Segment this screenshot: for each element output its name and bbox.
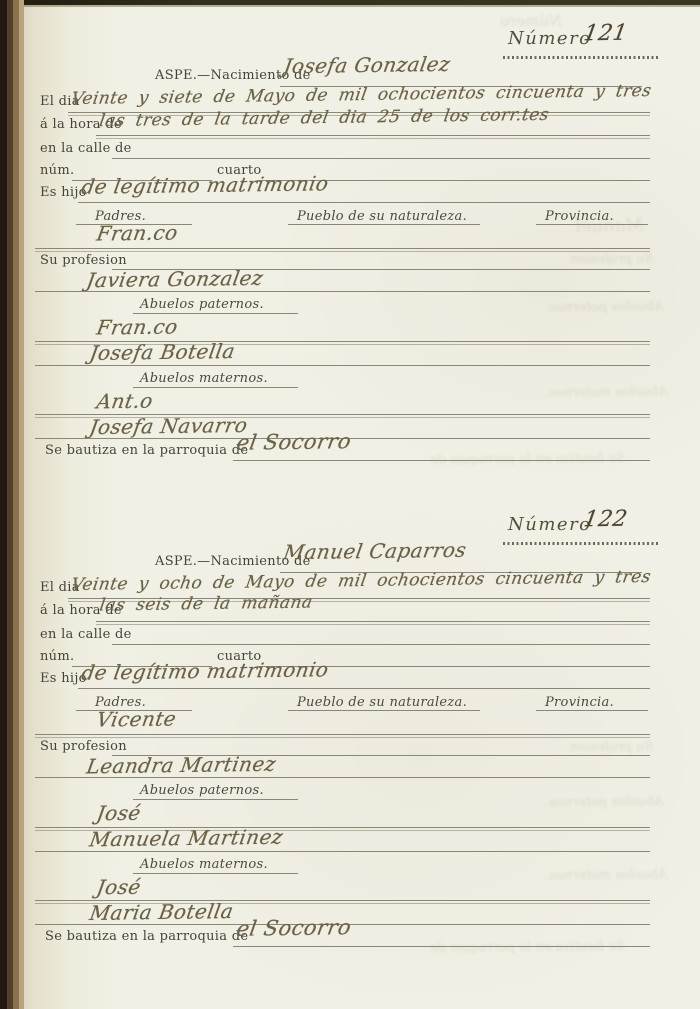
provincia-header: Provincia.	[545, 695, 614, 710]
pueblo-header: Pueblo de su naturaleza.	[297, 695, 467, 710]
abuelos-paternos-label: Abuelos paternos.	[140, 297, 264, 312]
abuelo-paterno-name: Fran.co	[95, 314, 180, 339]
form-rule	[233, 460, 650, 461]
form-rule	[536, 710, 648, 711]
form-rule	[233, 946, 650, 947]
num-label: núm.	[40, 163, 74, 178]
form-rule	[35, 365, 650, 366]
abuelos-paternos-label: Abuelos paternos.	[140, 783, 264, 798]
numero-label: Número	[508, 28, 592, 49]
madre-name: Leandra Martinez	[85, 752, 278, 779]
padre-name: Fran.co	[95, 220, 180, 245]
form-rule	[536, 224, 648, 225]
calle-label: en la calle de	[40, 627, 132, 642]
registry-page: Número Su profesion Abuelos paternos. Ab…	[0, 0, 700, 1009]
form-rule	[112, 158, 650, 159]
bautiza-label: Se bautiza en la parroquia de	[45, 929, 248, 944]
parroquia-name: el Socorro	[235, 429, 353, 455]
numero-value: 121	[582, 21, 629, 47]
abuela-paterna-name: Manuela Martinez	[88, 825, 285, 852]
form-rule	[288, 710, 480, 711]
form-rule	[288, 224, 480, 225]
el-dia-value: Veinte y siete de Mayo de mil ochociento…	[70, 81, 653, 109]
abuela-materna-name: Josefa Navarro	[88, 413, 250, 439]
child-name: Josefa Gonzalez	[282, 52, 452, 78]
abuelo-paterno-name: José	[95, 801, 143, 826]
numero-label: Número	[508, 514, 592, 535]
provincia-header: Provincia.	[545, 209, 614, 224]
calle-label: en la calle de	[40, 141, 132, 156]
form-rule	[78, 202, 650, 203]
form-rule	[133, 387, 298, 388]
es-hijo-value: de legítimo matrimonio	[80, 657, 331, 684]
form-rule	[133, 799, 298, 800]
abuelo-materno-name: Ant.o	[95, 389, 155, 414]
wavy-underline	[503, 542, 658, 545]
abuela-paterna-name: Josefa Botella	[88, 339, 237, 365]
es-hijo-value: de legítimo matrimonio	[80, 171, 331, 198]
birth-record: Número 122 ASPE.—Nacimiento de Manuel Ca…	[0, 508, 700, 973]
bautiza-label: Se bautiza en la parroquia de	[45, 443, 248, 458]
padre-name: Vicente	[95, 706, 178, 731]
abuela-materna-name: Maria Botella	[88, 899, 235, 925]
child-name: Manuel Caparros	[282, 538, 468, 565]
form-rule	[96, 621, 650, 622]
form-rule	[112, 644, 650, 645]
page-edge-top-2	[0, 5, 700, 7]
form-rule	[78, 688, 650, 689]
abuelos-maternos-label: Abuelos maternos.	[140, 371, 268, 386]
su-profesion-label: Su profesion	[40, 253, 127, 268]
abuelo-materno-name: José	[95, 875, 143, 900]
form-rule	[35, 248, 650, 249]
el-dia-value: Veinte y ocho de Mayo de mil ochocientos…	[70, 567, 653, 595]
pueblo-header: Pueblo de su naturaleza.	[297, 209, 467, 224]
wavy-underline	[503, 56, 658, 59]
num-label: núm.	[40, 649, 74, 664]
parroquia-name: el Socorro	[235, 915, 353, 941]
su-profesion-label: Su profesion	[40, 739, 127, 754]
abuelos-maternos-label: Abuelos maternos.	[140, 857, 268, 872]
hora-value: las tres de la tarde del dia 25 de los c…	[98, 105, 551, 131]
form-rule	[35, 851, 650, 852]
numero-value: 122	[582, 507, 629, 533]
form-rule	[35, 291, 650, 292]
madre-name: Javiera Gonzalez	[85, 266, 265, 292]
form-rule	[35, 734, 650, 735]
form-rule	[96, 135, 650, 136]
birth-record: Número 121 ASPE.—Nacimiento de Josefa Go…	[0, 22, 700, 487]
form-rule	[35, 777, 650, 778]
form-rule	[133, 873, 298, 874]
hora-value: las seis de la mañana	[98, 593, 314, 616]
